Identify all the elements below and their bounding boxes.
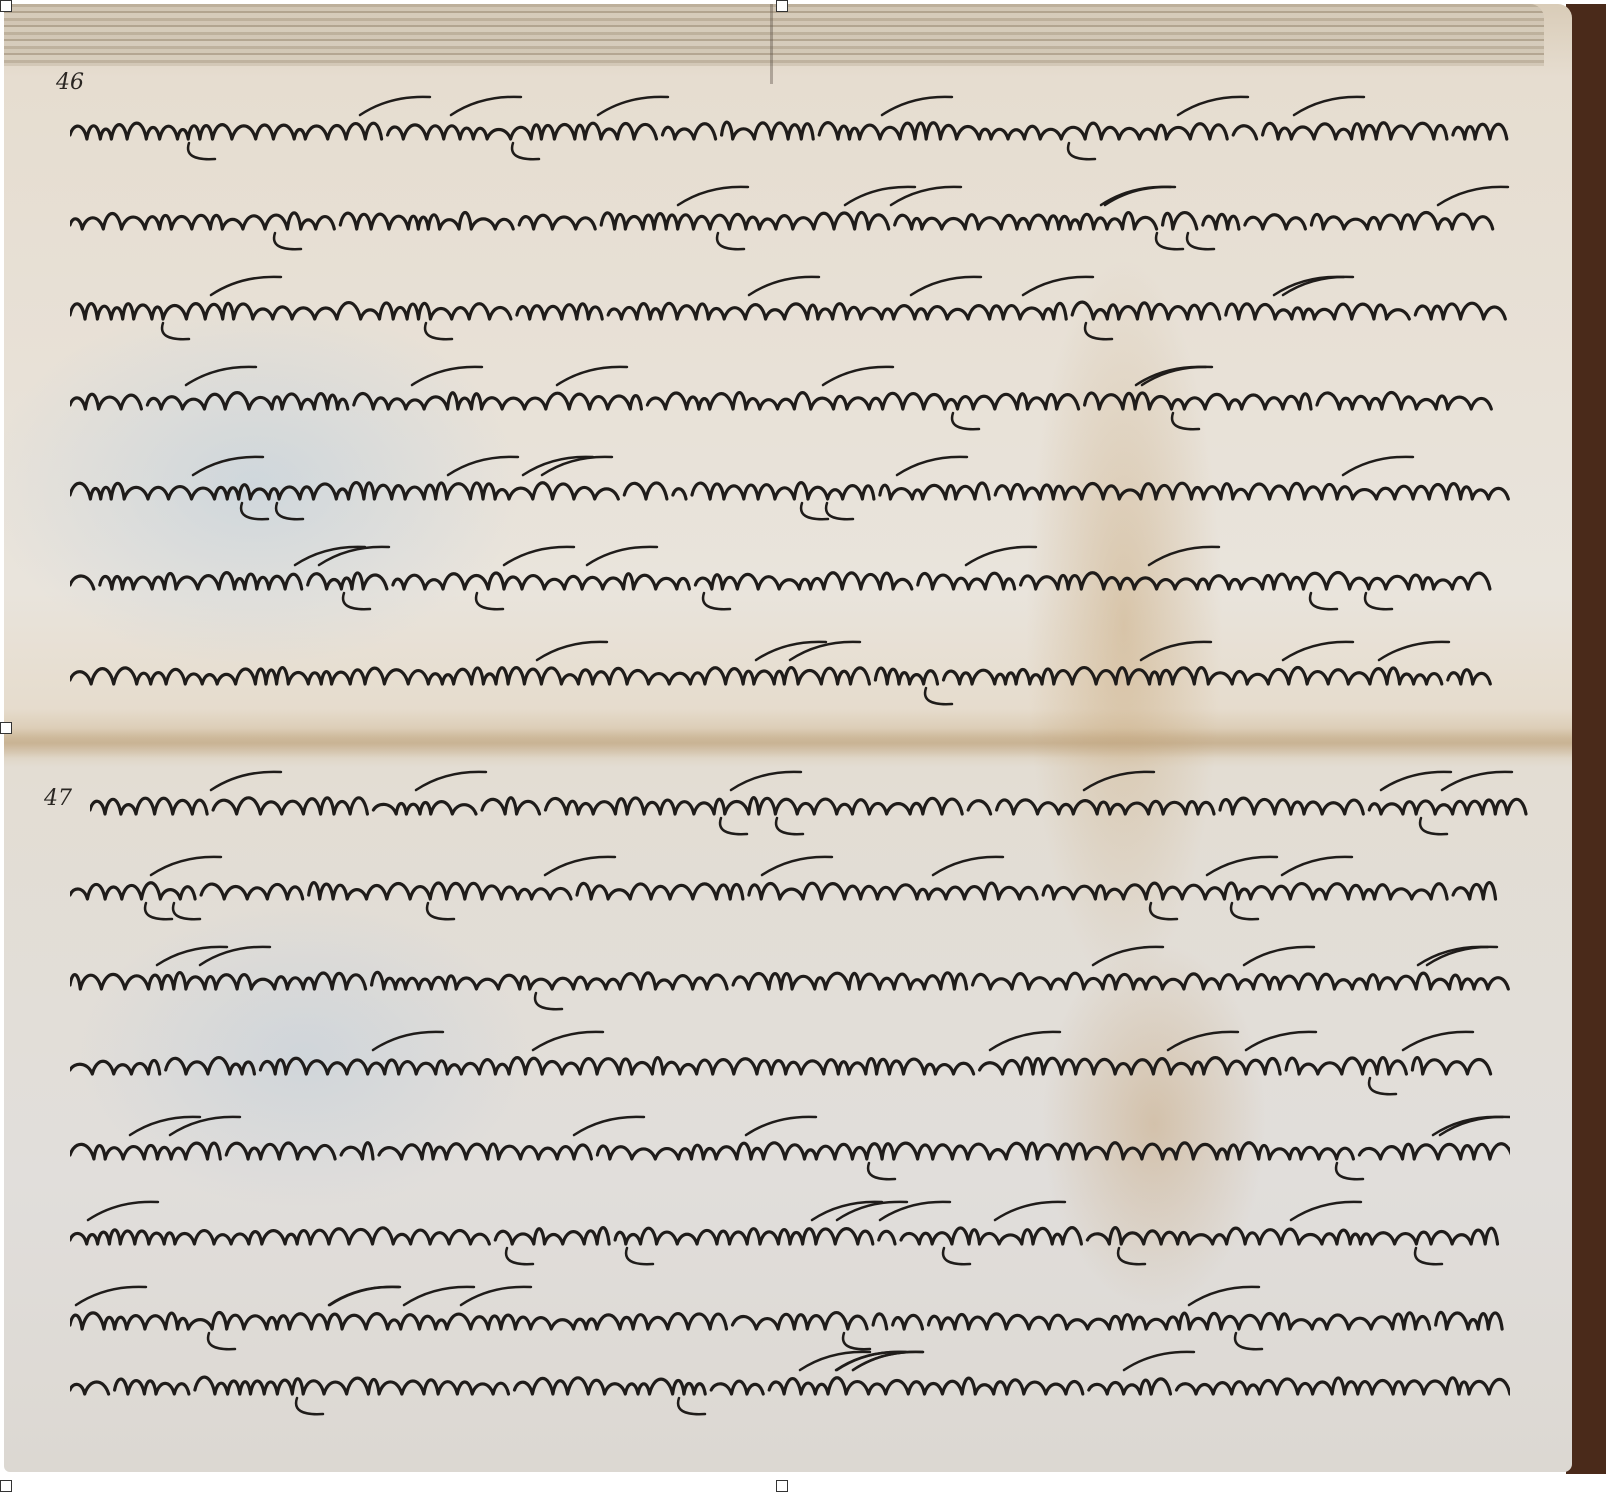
handwritten-line bbox=[70, 855, 1510, 925]
handwritten-line bbox=[70, 545, 1510, 615]
handwritten-line bbox=[70, 185, 1510, 255]
handwritten-line bbox=[70, 640, 1510, 710]
crop-mark bbox=[0, 1480, 12, 1492]
crop-mark bbox=[776, 0, 788, 12]
center-crease bbox=[770, 4, 773, 84]
handwritten-line bbox=[70, 1030, 1510, 1100]
handwritten-line bbox=[70, 365, 1510, 435]
handwritten-line bbox=[70, 1350, 1510, 1420]
handwritten-line bbox=[70, 1285, 1510, 1355]
handwritten-line bbox=[70, 1115, 1510, 1185]
handwritten-line bbox=[70, 95, 1510, 165]
handwritten-line bbox=[70, 275, 1510, 345]
crop-mark bbox=[0, 0, 12, 12]
handwritten-line bbox=[70, 1200, 1510, 1270]
handwritten-line bbox=[90, 770, 1530, 840]
manuscript-photo: 46 47 bbox=[0, 0, 1606, 1492]
page-number: 46 bbox=[56, 70, 84, 95]
page-number: 47 bbox=[44, 786, 72, 811]
page-fold bbox=[4, 728, 1572, 758]
handwritten-line bbox=[70, 945, 1510, 1015]
crop-mark bbox=[776, 1480, 788, 1492]
handwritten-line bbox=[70, 455, 1510, 525]
page-stack-edge bbox=[4, 4, 1544, 66]
book-binding bbox=[1566, 4, 1606, 1474]
crop-mark bbox=[0, 722, 12, 734]
